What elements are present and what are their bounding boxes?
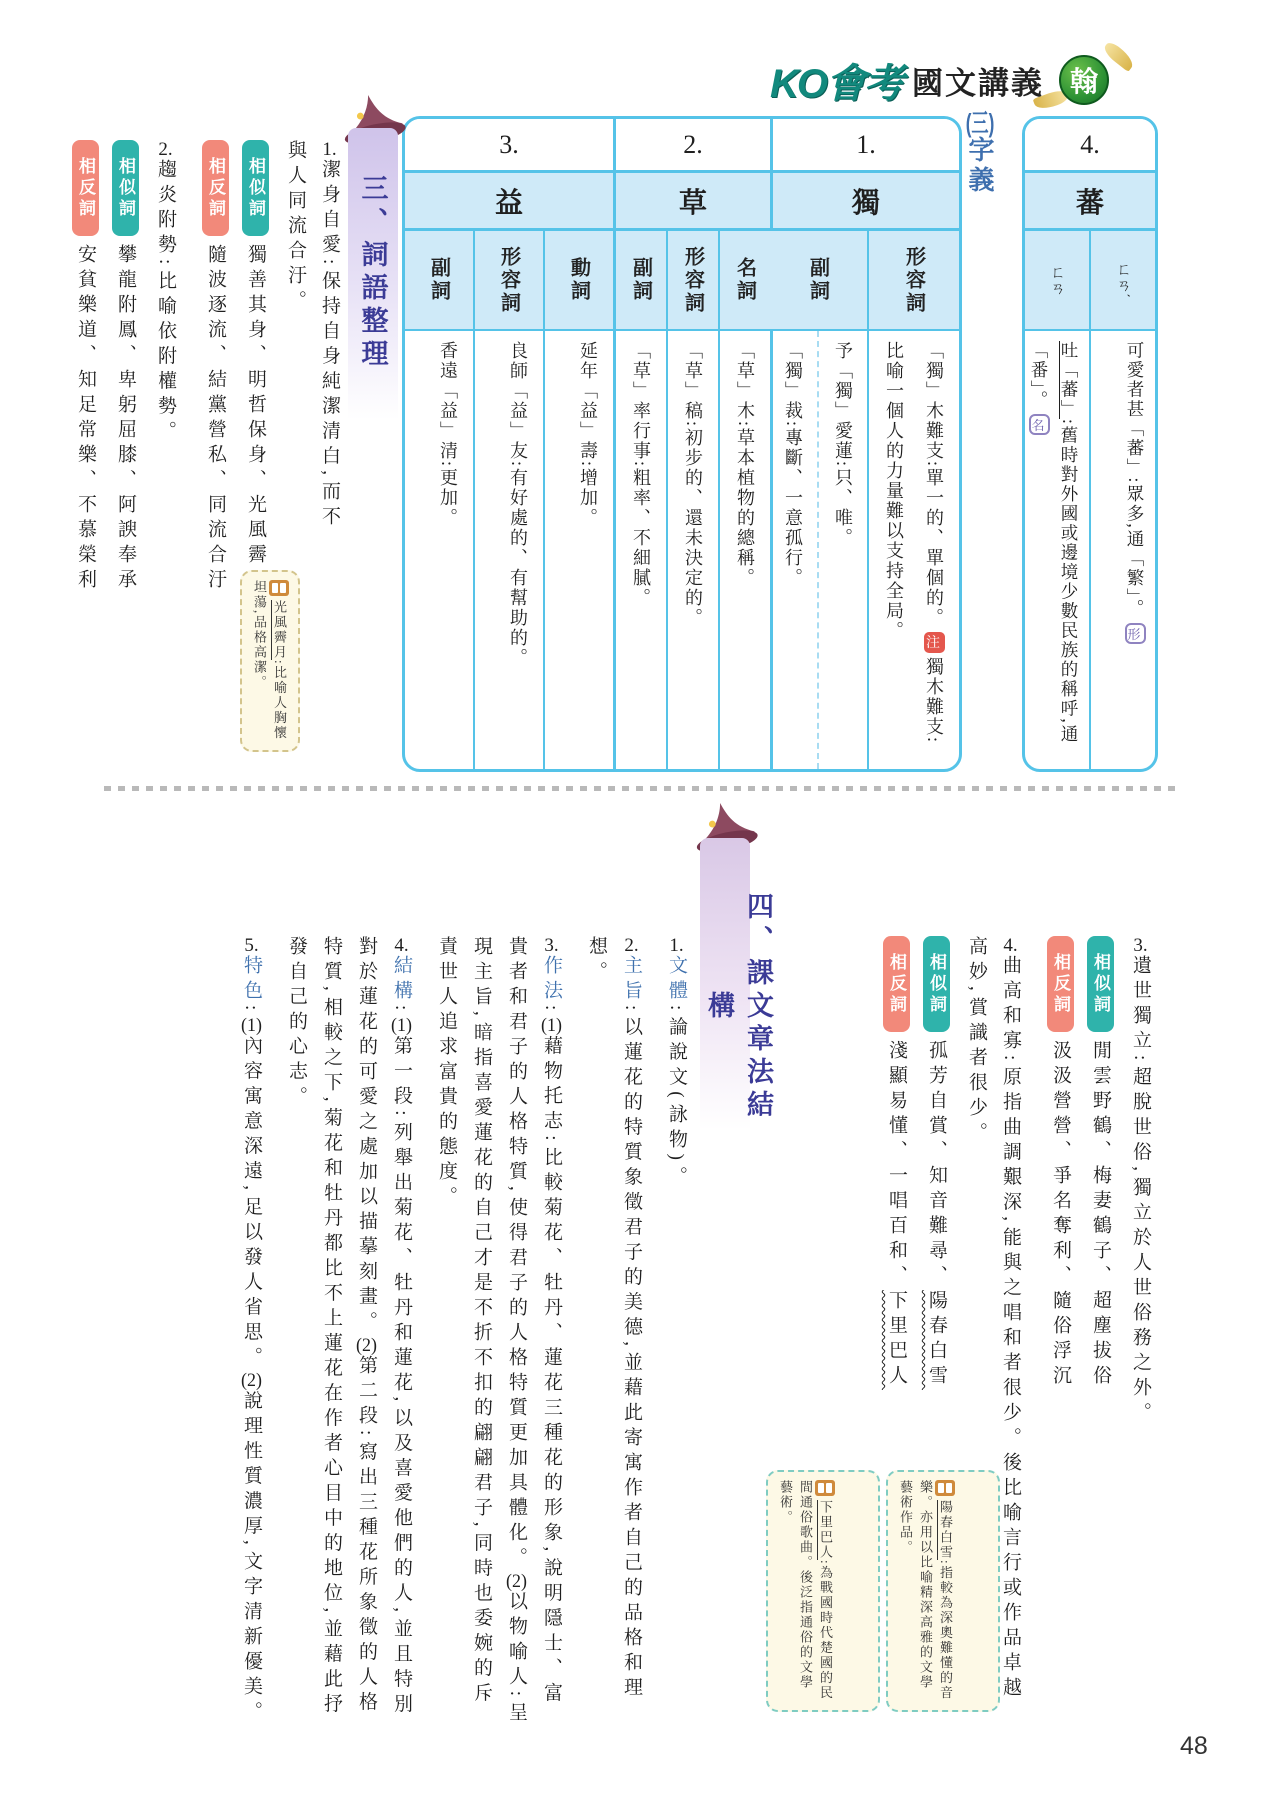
section3-title: 三、詞語整理 bbox=[354, 174, 393, 372]
similar-words-line: 相似詞攀龍附鳳、卑躬屈膝、阿諛奉承 bbox=[108, 140, 142, 752]
cao-adjective-definition: 「草」稿:初步的、還未決定的。 bbox=[668, 331, 718, 769]
similar-tag: 相似詞 bbox=[112, 140, 139, 236]
item-label: 文體 bbox=[666, 955, 687, 1005]
column-character: 獨 bbox=[773, 173, 959, 231]
du-adjective-definition: 「獨」木難支:單一的、單個的。注獨木難支:比喻一個人的力量難以支持全局。 bbox=[869, 331, 959, 769]
note-body: 下里巴人:為戰國時代楚國的民間通俗歌曲。後泛指通俗的文學藝術。 bbox=[775, 1480, 835, 1702]
note-body: 陽春白雪:指較為深奧難懂的音樂。亦用以比喻精深高雅的文學藝術作品。 bbox=[895, 1480, 955, 1702]
vocab-term: 2.趨炎附勢:比喻依附權勢。 bbox=[148, 140, 182, 752]
column-number: 2. bbox=[616, 119, 770, 173]
du-adjective-sub: 形容詞 「獨」木難支:單一的、單個的。注獨木難支:比喻一個人的力量難以支持全局。 bbox=[869, 231, 959, 769]
opposite-tag: 相反詞 bbox=[1047, 936, 1074, 1032]
du-adverb-entry-2: 「獨」裁:專斷、一意孤行。 bbox=[769, 331, 819, 769]
opposite-words-line: 相反詞隨波逐流、結黨營私、同流合汙 bbox=[198, 140, 232, 752]
item-label: 特色 bbox=[241, 955, 262, 1005]
yi-adjective-sub: 形容詞 良師「益」友:有好處的、有幫助的。 bbox=[475, 231, 545, 769]
publisher-badge: 翰 bbox=[1054, 51, 1112, 109]
section4-title: 四、課文章法結構 bbox=[700, 884, 778, 1130]
note-tag-icon: 注 bbox=[924, 632, 945, 653]
yi-verb-definition: 延年「益」壽:增加。 bbox=[545, 331, 613, 769]
page-header: KO會考 國文講義 翰 bbox=[770, 48, 1112, 112]
opposite-tag: 相反詞 bbox=[72, 140, 99, 236]
pos-header: 動詞 bbox=[545, 231, 613, 331]
pos-header: 形容詞 bbox=[668, 231, 718, 331]
section4-items: 1.文體:論說文(詠物)。 2.主旨:以蓮花的特質象徵君子的美德,並藉此寄寓作者… bbox=[146, 936, 694, 1728]
fan2-definition: 可愛者甚「蕃」:眾多,通「繁」。形 bbox=[1091, 331, 1155, 769]
yi-verb-sub: 動詞 延年「益」壽:增加。 bbox=[545, 231, 613, 769]
opposite-words-line: 相反詞安貧樂道、知足常樂、不慕榮利 bbox=[68, 140, 102, 752]
vocab-item-2: 2.趨炎附勢:比喻依附權勢。 相似詞攀龍附鳳、卑躬屈膝、阿諛奉承 相反詞安貧樂道… bbox=[68, 140, 182, 752]
book-icon bbox=[935, 1480, 955, 1496]
cao-noun-sub: 名詞 「草」木:草本植物的總稱。 bbox=[720, 231, 770, 769]
section-number: (三) bbox=[965, 110, 995, 136]
item-label: 作法 bbox=[541, 955, 562, 1005]
note-box-yangchunbaixue: 陽春白雪:指較為深奧難懂的音樂。亦用以比喻精深高雅的文學藝術作品。 bbox=[886, 1470, 1000, 1712]
yi-subcolumns: 動詞 延年「益」壽:增加。 形容詞 良師「益」友:有好處的、有幫助的。 副詞 香… bbox=[405, 231, 613, 769]
similar-words-line: 相似詞閒雲野鶴、梅妻鶴子、超塵拔俗 bbox=[1083, 936, 1117, 1716]
marked-term: 下里巴人 bbox=[886, 1290, 907, 1390]
du-adverb-sub: 副詞 予「獨」愛蓮:只、唯。 「獨」裁:專斷、一意孤行。 bbox=[769, 231, 869, 769]
item-label: 結構 bbox=[391, 955, 412, 1005]
note-box-xialibaren: 下里巴人:為戰國時代楚國的民間通俗歌曲。後泛指通俗的文學藝術。 bbox=[766, 1470, 880, 1712]
cao-subcolumns: 名詞 「草」木:草本植物的總稱。 形容詞 「草」稿:初步的、還未決定的。 副詞 … bbox=[616, 231, 770, 769]
yi-adverb-definition: 香遠「益」清:更加。 bbox=[405, 331, 473, 769]
pos-tag-noun: 名 bbox=[1029, 414, 1050, 435]
textbook-page: KO會考 國文講義 翰 (三)字義 4. 蕃 ㄈㄢˊ 可愛者甚「蕃」:眾多,通「… bbox=[0, 0, 1282, 1813]
column-du: 1. 獨 形容詞 「獨」木難支:單一的、單個的。注獨木難支:比喻一個人的力量難以… bbox=[773, 119, 959, 769]
structure-item-1: 1.文體:論說文(詠物)。 bbox=[659, 936, 694, 1728]
column-number: 3. bbox=[405, 119, 613, 173]
dashed-divider bbox=[104, 786, 1180, 791]
note-box-guangfengjiyue: 光風霽月:比喻人胸懷坦蕩,品格高潔。 bbox=[240, 570, 300, 752]
book-icon bbox=[815, 1480, 835, 1496]
item-label: 主旨 bbox=[621, 955, 642, 1005]
column-yi: 3. 益 動詞 延年「益」壽:增加。 形容詞 良師「益」友:有好處的、有幫助的。… bbox=[405, 119, 616, 769]
pos-tag-adjective: 形 bbox=[1125, 623, 1146, 644]
structure-item-3: 3.作法:(1)藉物托志:比較菊花、牡丹、蓮花三種花的形象,說明隱士、富貴者和君… bbox=[429, 936, 569, 1728]
table-number-cell: 4. bbox=[1025, 119, 1155, 173]
yi-adjective-definition: 良師「益」友:有好處的、有幫助的。 bbox=[475, 331, 543, 769]
fan-subcolumns: ㄈㄢˊ 可愛者甚「蕃」:眾多,通「繁」。形 ㄈㄢ 吐「蕃」:舊時對外國或邊境少數… bbox=[1025, 231, 1155, 769]
proper-noun-marked: 吐「蕃」 bbox=[1059, 341, 1079, 419]
fan1-definition: 吐「蕃」:舊時對外國或邊境少數民族的稱呼,通「番」。名 bbox=[1025, 331, 1089, 769]
similar-tag: 相似詞 bbox=[242, 140, 269, 236]
structure-item-4: 4.結構:(1)第一段:列舉出菊花、牡丹和蓮花,以及喜愛他們的人,並且特別對於蓮… bbox=[279, 936, 419, 1728]
book-icon bbox=[269, 580, 289, 596]
opposite-tag: 相反詞 bbox=[202, 140, 229, 236]
wing-icon bbox=[1101, 40, 1136, 72]
pos-header: 副詞 bbox=[405, 231, 473, 331]
page-number: 48 bbox=[1180, 1732, 1208, 1761]
zhuyin-header: ㄈㄢ bbox=[1025, 231, 1089, 331]
cao-adjective-sub: 形容詞 「草」稿:初步的、還未決定的。 bbox=[668, 231, 720, 769]
table-character-cell: 蕃 bbox=[1025, 173, 1155, 231]
opposite-words-line: 相反詞汲汲營營、爭名奪利、隨俗浮沉 bbox=[1043, 936, 1077, 1716]
note-body: 光風霽月:比喻人胸懷坦蕩,品格高潔。 bbox=[249, 580, 289, 742]
cao-noun-definition: 「草」木:草本植物的總稱。 bbox=[720, 331, 770, 769]
pos-header: 副詞 bbox=[616, 231, 666, 331]
section3-title-bar: 三、詞語整理 bbox=[348, 128, 398, 420]
fan-character-table: 4. 蕃 ㄈㄢˊ 可愛者甚「蕃」:眾多,通「繁」。形 ㄈㄢ 吐「蕃」:舊時對外國… bbox=[1022, 116, 1158, 772]
column-cao: 2. 草 名詞 「草」木:草本植物的總稱。 形容詞 「草」稿:初步的、還未決定的… bbox=[616, 119, 773, 769]
yi-adverb-sub: 副詞 香遠「益」清:更加。 bbox=[405, 231, 475, 769]
vocab-term: 3.遺世獨立:超脫世俗,獨立於人世俗務之外。 bbox=[1123, 936, 1157, 1716]
fan-sub-fan2: ㄈㄢˊ 可愛者甚「蕃」:眾多,通「繁」。形 bbox=[1091, 231, 1155, 769]
du-subcolumns: 形容詞 「獨」木難支:單一的、單個的。注獨木難支:比喻一個人的力量難以支持全局。… bbox=[773, 231, 959, 769]
column-number: 1. bbox=[773, 119, 959, 173]
section4-title-bar: 四、課文章法結構 bbox=[700, 838, 750, 1130]
cao-adverb-definition: 「草」率行事:粗率、不細膩。 bbox=[616, 331, 666, 769]
vocab-items-top: 1.潔身自愛:保持自身純潔清白,而不與人同流合汙。 相似詞獨善其身、明哲保身、光… bbox=[60, 140, 346, 752]
structure-item-2: 2.主旨:以蓮花的特質象徵君子的美德,並藉此寄寓作者自己的品格和理想。 bbox=[579, 936, 649, 1728]
subject-title: 國文講義 bbox=[912, 58, 1044, 103]
vocab-term: 1.潔身自愛:保持自身純潔清白,而不與人同流合汙。 bbox=[278, 140, 346, 555]
pos-header: 副詞 bbox=[769, 231, 867, 331]
du-adverb-entry-1: 予「獨」愛蓮:只、唯。 bbox=[819, 331, 867, 769]
similar-tag: 相似詞 bbox=[923, 936, 950, 1032]
vocab-item-3: 3.遺世獨立:超脫世俗,獨立於人世俗務之外。 相似詞閒雲野鶴、梅妻鶴子、超塵拔俗… bbox=[1043, 936, 1157, 1716]
section3-ziyi-label: (三)字義 bbox=[962, 110, 999, 196]
column-character: 益 bbox=[405, 173, 613, 231]
pos-header: 形容詞 bbox=[475, 231, 543, 331]
publisher-logo: 翰 bbox=[1059, 55, 1109, 105]
cao-adverb-sub: 副詞 「草」率行事:粗率、不細膩。 bbox=[616, 231, 668, 769]
marked-term: 陽春白雪 bbox=[926, 1290, 947, 1390]
similar-tag: 相似詞 bbox=[1087, 936, 1114, 1032]
opposite-tag: 相反詞 bbox=[883, 936, 910, 1032]
section-title-text: 字義 bbox=[965, 136, 995, 196]
pos-header: 名詞 bbox=[720, 231, 770, 331]
zhuyin-header: ㄈㄢˊ bbox=[1091, 231, 1155, 331]
pos-header: 形容詞 bbox=[869, 231, 959, 331]
character-meaning-table: 1. 獨 形容詞 「獨」木難支:單一的、單個的。注獨木難支:比喻一個人的力量難以… bbox=[402, 116, 962, 772]
fan-sub-fan1: ㄈㄢ 吐「蕃」:舊時對外國或邊境少數民族的稱呼,通「番」。名 bbox=[1025, 231, 1091, 769]
du-adverb-entries: 予「獨」愛蓮:只、唯。 「獨」裁:專斷、一意孤行。 bbox=[769, 331, 867, 769]
structure-item-5: 5.特色:(1)內容寓意深遠,足以發人省思。(2)說理性質濃厚,文字清新優美。 bbox=[234, 936, 269, 1728]
brand-logo: KO會考 bbox=[770, 52, 902, 109]
column-character: 草 bbox=[616, 173, 770, 231]
